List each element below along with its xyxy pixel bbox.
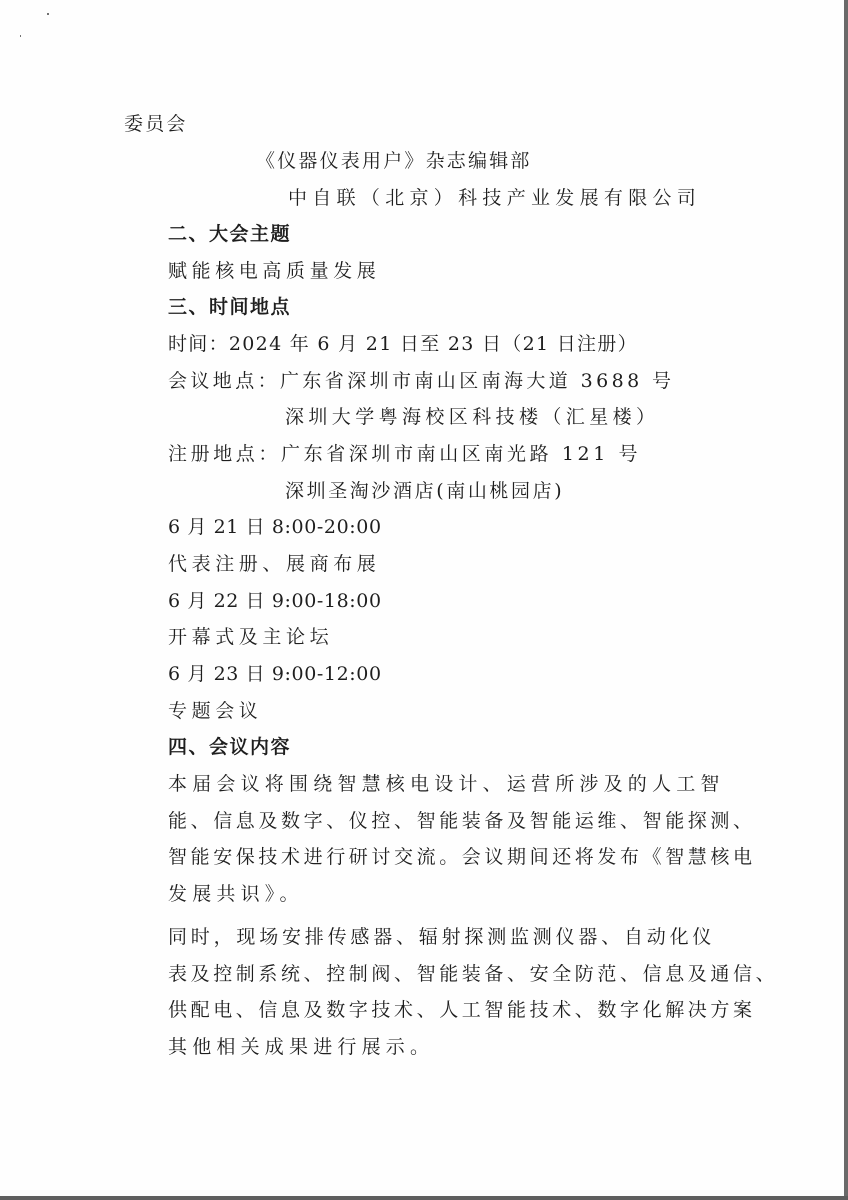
venue-line: 深圳大学粤海校区科技楼（汇星楼） <box>285 405 659 429</box>
paragraph-line: 表及控制系统、控制阀、智能装备、安全防范、信息及通信、 <box>168 962 778 986</box>
paragraph-line: 其他相关成果进行展示。 <box>168 1035 434 1059</box>
registration-line: 深圳圣淘沙酒店(南山桃园店) <box>285 479 564 503</box>
schedule-date: 6 月 23 日 9:00-12:00 <box>168 662 382 686</box>
organizer-line: 《仪器仪表用户》杂志编辑部 <box>256 149 532 173</box>
document-page: 委员会 《仪器仪表用户》杂志编辑部 中自联（北京）科技产业发展有限公司 二、大会… <box>0 0 844 1196</box>
theme-text: 赋能核电高质量发展 <box>168 259 380 283</box>
scan-edge-bottom <box>0 1196 848 1200</box>
organizer-line: 中自联（北京）科技产业发展有限公司 <box>288 186 701 210</box>
paragraph-line: 本届会议将围绕智慧核电设计、运营所涉及的人工智 <box>168 772 725 796</box>
schedule-date: 6 月 21 日 8:00-20:00 <box>168 515 382 539</box>
paragraph-line: 智能安保技术进行研讨交流。会议期间还将发布《智慧核电 <box>168 845 756 869</box>
section-heading-theme: 二、大会主题 <box>168 222 291 246</box>
paragraph-line: 同时，现场安排传感器、辐射探测监测仪器、自动化仪 <box>168 925 715 949</box>
schedule-date: 6 月 22 日 9:00-18:00 <box>168 589 382 613</box>
organizer-line: 委员会 <box>124 112 188 136</box>
schedule-activity: 代表注册、展商布展 <box>168 552 380 576</box>
schedule-activity: 专题会议 <box>168 699 262 723</box>
registration-line: 注册地点：广东省深圳市南山区南光路 121 号 <box>168 442 641 466</box>
schedule-activity: 开幕式及主论坛 <box>168 625 333 649</box>
scan-speck <box>20 35 21 37</box>
paragraph-line: 能、信息及数字、仪控、智能装备及智能运维、智能探测、 <box>168 809 756 833</box>
paragraph-line: 发展共识》。 <box>168 882 304 906</box>
section-heading-time-place: 三、时间地点 <box>168 295 291 319</box>
paragraph-line: 供配电、信息及数字技术、人工智能技术、数字化解决方案 <box>168 998 756 1022</box>
venue-line: 会议地点：广东省深圳市南山区南海大道 3688 号 <box>168 369 674 393</box>
time-text: 时间：2024 年 6 月 21 日至 23 日（21 日注册） <box>168 332 638 356</box>
scan-edge-right <box>844 0 848 1200</box>
scan-speck <box>47 13 49 15</box>
section-heading-content: 四、会议内容 <box>168 735 291 759</box>
